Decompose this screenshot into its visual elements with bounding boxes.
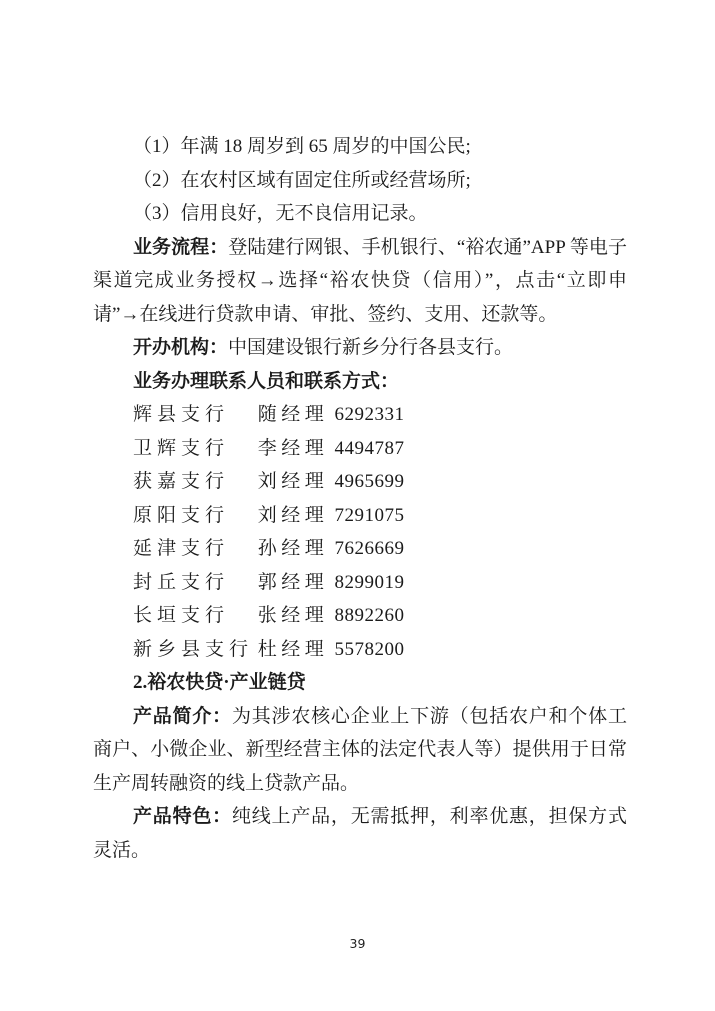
document-page: （1）年满 18 周岁到 65 周岁的中国公民; （2）在农村区域有固定住所或经… xyxy=(0,0,715,1011)
branch-name: 延津支行 xyxy=(133,532,253,566)
contact-row-yuanyang: 原阳支行 刘经理 7291075 xyxy=(93,499,627,533)
branch-name: 长垣支行 xyxy=(133,599,253,633)
branch-name: 封丘支行 xyxy=(133,566,253,600)
product-intro-label: 产品简介： xyxy=(133,706,232,727)
contact-row-xinxiangxian: 新乡县支行 杜经理 5578200 xyxy=(93,633,627,667)
business-process-paragraph: 业务流程：登陆建行网银、手机银行、“裕农通”APP 等电子渠道完成业务授权→选择… xyxy=(93,231,627,332)
branch-name: 辉县支行 xyxy=(133,398,253,432)
contact-row-huixian: 辉县支行 随经理 6292331 xyxy=(93,398,627,432)
contact-row-weihui: 卫辉支行 李经理 4494787 xyxy=(93,432,627,466)
contacts-heading: 业务办理联系人员和联系方式： xyxy=(93,365,627,399)
phone-number: 7626669 xyxy=(335,532,405,566)
section2-heading: 2.裕农快贷·产业链贷 xyxy=(93,666,627,700)
manager-name: 李经理 xyxy=(258,432,330,466)
branch-name: 新乡县支行 xyxy=(133,633,253,667)
phone-number: 5578200 xyxy=(335,633,405,667)
manager-name: 郭经理 xyxy=(258,566,330,600)
phone-number: 8892260 xyxy=(335,599,405,633)
branch-name: 原阳支行 xyxy=(133,499,253,533)
phone-number: 6292331 xyxy=(335,398,405,432)
branch-name: 获嘉支行 xyxy=(133,465,253,499)
institution-text: 中国建设银行新乡分行各县支行。 xyxy=(228,337,513,358)
institution-paragraph: 开办机构：中国建设银行新乡分行各县支行。 xyxy=(93,331,627,365)
eligibility-item-2: （2）在农村区域有固定住所或经营场所; xyxy=(93,164,627,198)
manager-name: 刘经理 xyxy=(258,465,330,499)
manager-name: 孙经理 xyxy=(258,532,330,566)
manager-name: 张经理 xyxy=(258,599,330,633)
product-intro-paragraph: 产品简介：为其涉农核心企业上下游（包括农户和个体工商户、小微企业、新型经营主体的… xyxy=(93,700,627,801)
eligibility-item-3: （3）信用良好，无不良信用记录。 xyxy=(93,197,627,231)
phone-number: 8299019 xyxy=(335,566,405,600)
manager-name: 随经理 xyxy=(258,398,330,432)
page-body: （1）年满 18 周岁到 65 周岁的中国公民; （2）在农村区域有固定住所或经… xyxy=(93,130,627,867)
page-number: 39 xyxy=(0,936,715,952)
eligibility-item-1: （1）年满 18 周岁到 65 周岁的中国公民; xyxy=(93,130,627,164)
manager-name: 杜经理 xyxy=(258,633,330,667)
branch-name: 卫辉支行 xyxy=(133,432,253,466)
institution-label: 开办机构： xyxy=(133,337,228,358)
phone-number: 4965699 xyxy=(335,465,405,499)
product-features-label: 产品特色： xyxy=(133,806,232,827)
product-features-paragraph: 产品特色：纯线上产品，无需抵押，利率优惠，担保方式灵活。 xyxy=(93,800,627,867)
business-process-label: 业务流程： xyxy=(133,237,228,258)
contact-row-changyuan: 长垣支行 张经理 8892260 xyxy=(93,599,627,633)
contact-row-yanjin: 延津支行 孙经理 7626669 xyxy=(93,532,627,566)
manager-name: 刘经理 xyxy=(258,499,330,533)
contact-row-fengqiu: 封丘支行 郭经理 8299019 xyxy=(93,566,627,600)
phone-number: 4494787 xyxy=(335,432,405,466)
phone-number: 7291075 xyxy=(335,499,405,533)
contact-row-huojia: 获嘉支行 刘经理 4965699 xyxy=(93,465,627,499)
